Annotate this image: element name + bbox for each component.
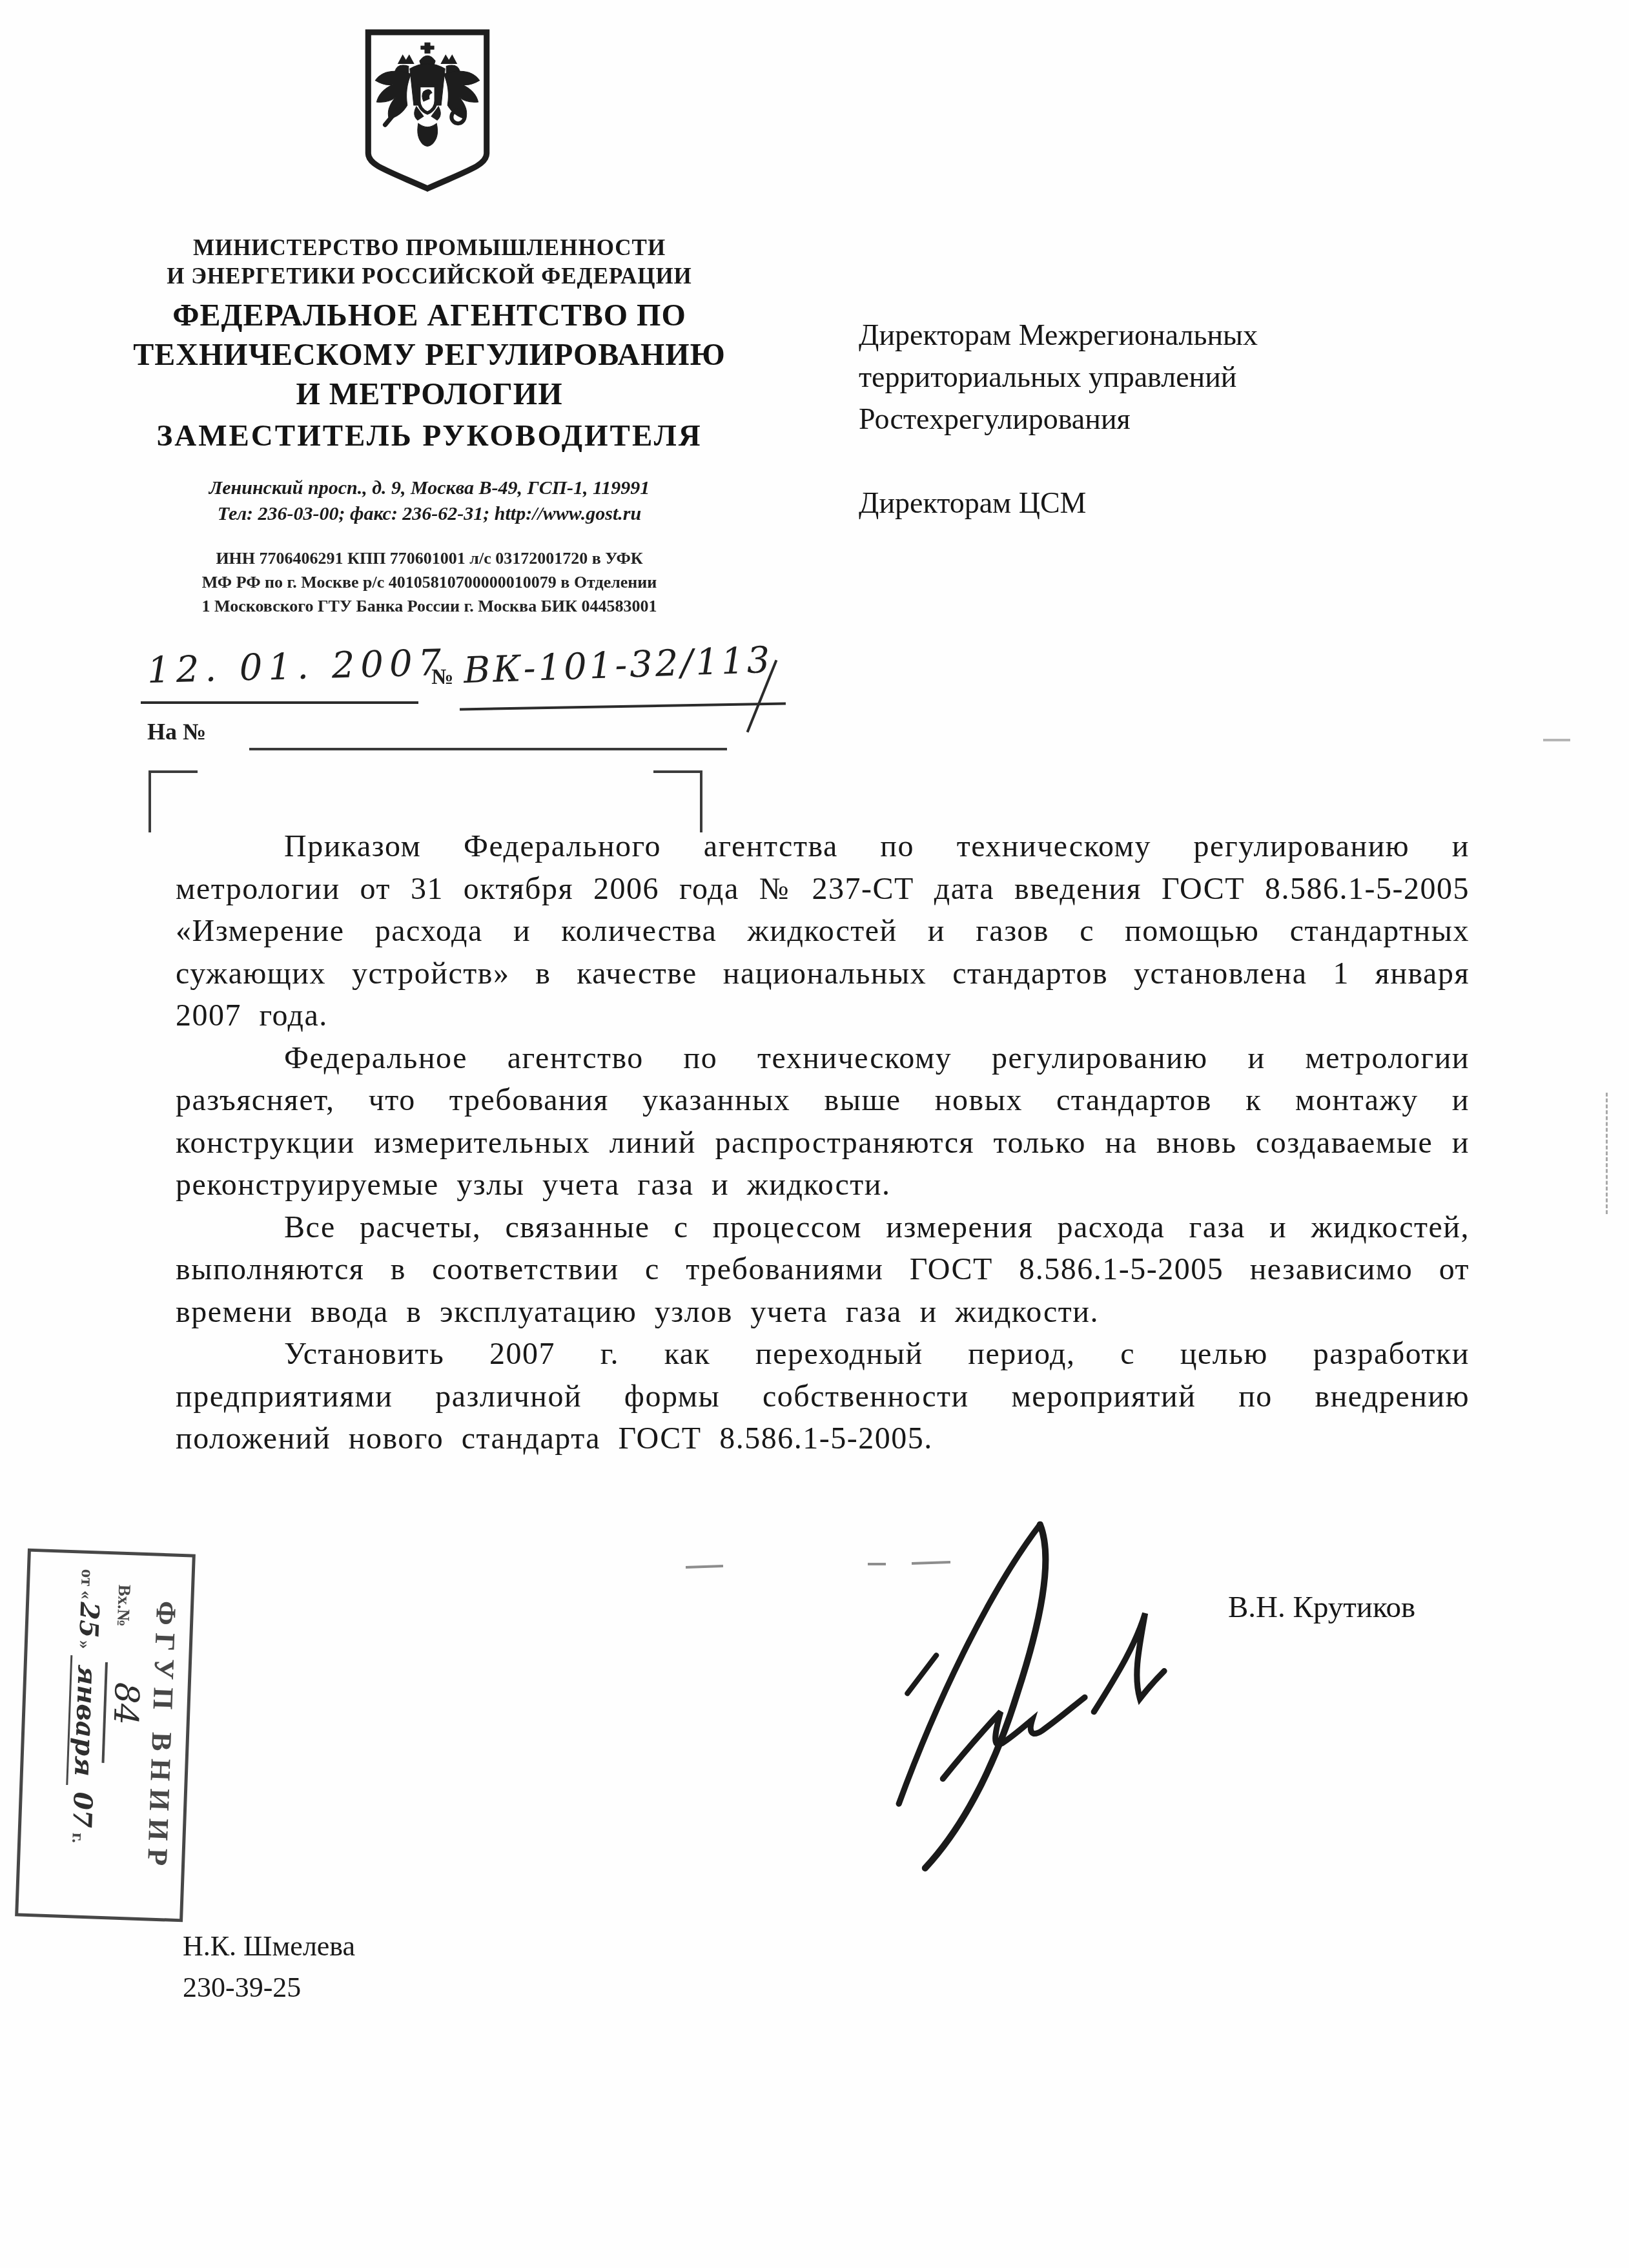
- body-paragraph-2: Федеральное агентство по техническому ре…: [176, 1037, 1470, 1206]
- outgoing-date-handwritten: 12. 01. 2007: [147, 642, 447, 692]
- contact-phone: 230-39-25: [183, 1971, 301, 2004]
- scanned-letter-page: МИНИСТЕРСТВО ПРОМЫШЛЕННОСТИ И ЭНЕРГЕТИКИ…: [0, 0, 1629, 2268]
- agency-line-3: И МЕТРОЛОГИИ: [74, 375, 784, 414]
- scan-artifact-dash: [868, 1563, 886, 1565]
- signature-scribble: [836, 1495, 1178, 1876]
- stamp-date-day: 25: [73, 1602, 105, 1638]
- agency-name: ФЕДЕРАЛЬНОЕ АГЕНТСТВО ПО ТЕХНИЧЕСКОМУ РЕ…: [74, 296, 784, 414]
- body-paragraph-4: Установить 2007 г. как переходный период…: [176, 1333, 1470, 1460]
- recipient-line-2: территориальных управлений: [859, 356, 1504, 398]
- bank-details: ИНН 7706406291 КПП 770601001 л/с 0317200…: [97, 546, 762, 618]
- stamp-entry-label: Вх.№: [113, 1584, 134, 1627]
- stamp-date-year: 07: [67, 1791, 98, 1828]
- body-paragraph-3: Все расчеты, связанные с процессом измер…: [176, 1206, 1470, 1334]
- number-sign: №: [431, 665, 453, 690]
- recipient-line-3: Ростехрегулирования: [859, 398, 1504, 440]
- stamp-date-close-quote: »: [75, 1640, 95, 1650]
- signatory-name: В.Н. Крутиков: [1228, 1590, 1415, 1625]
- signer-title: ЗАМЕСТИТЕЛЬ РУКОВОДИТЕЛЯ: [74, 418, 784, 453]
- letterhead-address: Ленинский просп., д. 9, Москва В-49, ГСП…: [74, 475, 784, 527]
- scan-artifact-line: [1606, 1093, 1608, 1214]
- agency-line-1: ФЕДЕРАЛЬНОЕ АГЕНТСТВО ПО: [74, 296, 784, 335]
- reply-reference-blank-line: [249, 748, 727, 750]
- stamp-date-month: января: [66, 1655, 103, 1786]
- scan-artifact-dash: [686, 1565, 723, 1569]
- outgoing-number-handwritten: ВК-101-32/113: [463, 639, 773, 692]
- outgoing-date-underline: [141, 701, 418, 704]
- recipient-line-1: Директорам Межрегиональных: [859, 314, 1504, 356]
- contact-name: Н.К. Шмелева: [183, 1930, 355, 1963]
- address-corner-bracket-left: [149, 770, 198, 832]
- scan-artifact-dash: [1543, 739, 1570, 741]
- recipient-line-4: Директорам ЦСМ: [859, 482, 1504, 524]
- agency-line-2: ТЕХНИЧЕСКОМУ РЕГУЛИРОВАНИЮ: [74, 335, 784, 375]
- outgoing-number-underline: [460, 703, 786, 711]
- bank-line-1: ИНН 7706406291 КПП 770601001 л/с 0317200…: [97, 546, 762, 570]
- address-line-1: Ленинский просп., д. 9, Москва В-49, ГСП…: [74, 475, 784, 501]
- letter-body: Приказом Федерального агентства по техни…: [176, 825, 1470, 1460]
- ministry-line-2: И ЭНЕРГЕТИКИ РОССИЙСКОЙ ФЕДЕРАЦИИ: [103, 262, 755, 291]
- coat-of-arms-icon: [359, 26, 496, 195]
- body-paragraph-1: Приказом Федерального агентства по техни…: [176, 825, 1470, 1037]
- recipients-block: Директорам Межрегиональных территориальн…: [859, 314, 1504, 524]
- ministry-line-1: МИНИСТЕРСТВО ПРОМЫШЛЕННОСТИ: [103, 234, 755, 262]
- reply-reference-label: На №: [147, 718, 206, 745]
- address-corner-bracket-right: [653, 770, 702, 832]
- stamp-entry-number: 84: [101, 1662, 146, 1764]
- incoming-stamp: ФГУП ВНИИР Вх.№ 84 от « 25 » января 07 г…: [15, 1549, 196, 1923]
- stamp-date-prefix: от «: [76, 1569, 97, 1600]
- ministry-name: МИНИСТЕРСТВО ПРОМЫШЛЕННОСТИ И ЭНЕРГЕТИКИ…: [103, 234, 755, 291]
- recipients-spacer: [859, 440, 1504, 482]
- stamp-date-suffix: г.: [68, 1833, 88, 1844]
- address-line-2: Тел: 236-03-00; факс: 236-62-31; http://…: [74, 501, 784, 527]
- bank-line-3: 1 Московского ГТУ Банка России г. Москва…: [97, 594, 762, 618]
- bank-line-2: МФ РФ по г. Москве р/с 40105810700000010…: [97, 570, 762, 594]
